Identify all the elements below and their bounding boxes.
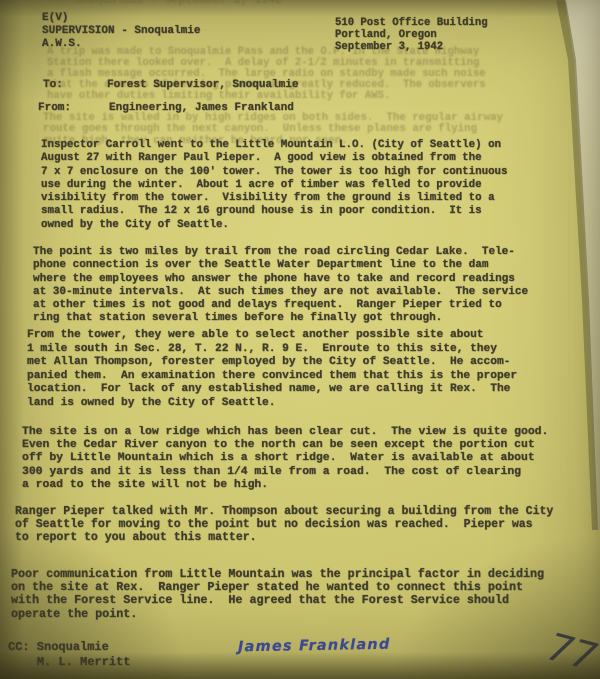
paragraph-5: Ranger Pieper talked with Mr. Thompson a… bbox=[15, 505, 553, 545]
address-line-1: 510 Post Office Building bbox=[335, 17, 488, 29]
file-code: E(V) bbox=[42, 12, 68, 24]
document-photo: Snoqualmie - September 3, 1942 A trip wa… bbox=[0, 0, 600, 679]
from-label: From: bbox=[38, 102, 71, 114]
org-line: A.W.S. bbox=[42, 38, 82, 50]
address-line-2: Portland, Oregon bbox=[335, 29, 437, 41]
typed-content: E(V) SUPERVISION - Snoqualmie A.W.S. 510… bbox=[0, 0, 600, 679]
paragraph-1: Inspector Carroll went to the Little Mou… bbox=[41, 139, 508, 232]
signature-stamp: James Frankland bbox=[238, 637, 391, 656]
subject-line: SUPERVISION - Snoqualmie bbox=[42, 25, 200, 37]
paragraph-3: From the tower, they were able to select… bbox=[27, 329, 517, 411]
date-line: September 3, 1942 bbox=[335, 41, 443, 53]
to-label: To: bbox=[43, 79, 63, 91]
paragraph-2: The point is two miles by trail from the… bbox=[33, 246, 528, 326]
from-value: Engineering, James Frankland bbox=[109, 102, 294, 114]
to-value: Forest Supervisor, Snoqualmie bbox=[107, 79, 298, 91]
paragraph-4: The site is on a low ridge which has bee… bbox=[22, 426, 548, 492]
cc-block: CC: Snoqualmie M. L. Merritt bbox=[8, 640, 130, 669]
handwritten-page-mark: 77 bbox=[543, 624, 600, 679]
paragraph-6: Poor communication from Little Mountain … bbox=[11, 568, 544, 621]
